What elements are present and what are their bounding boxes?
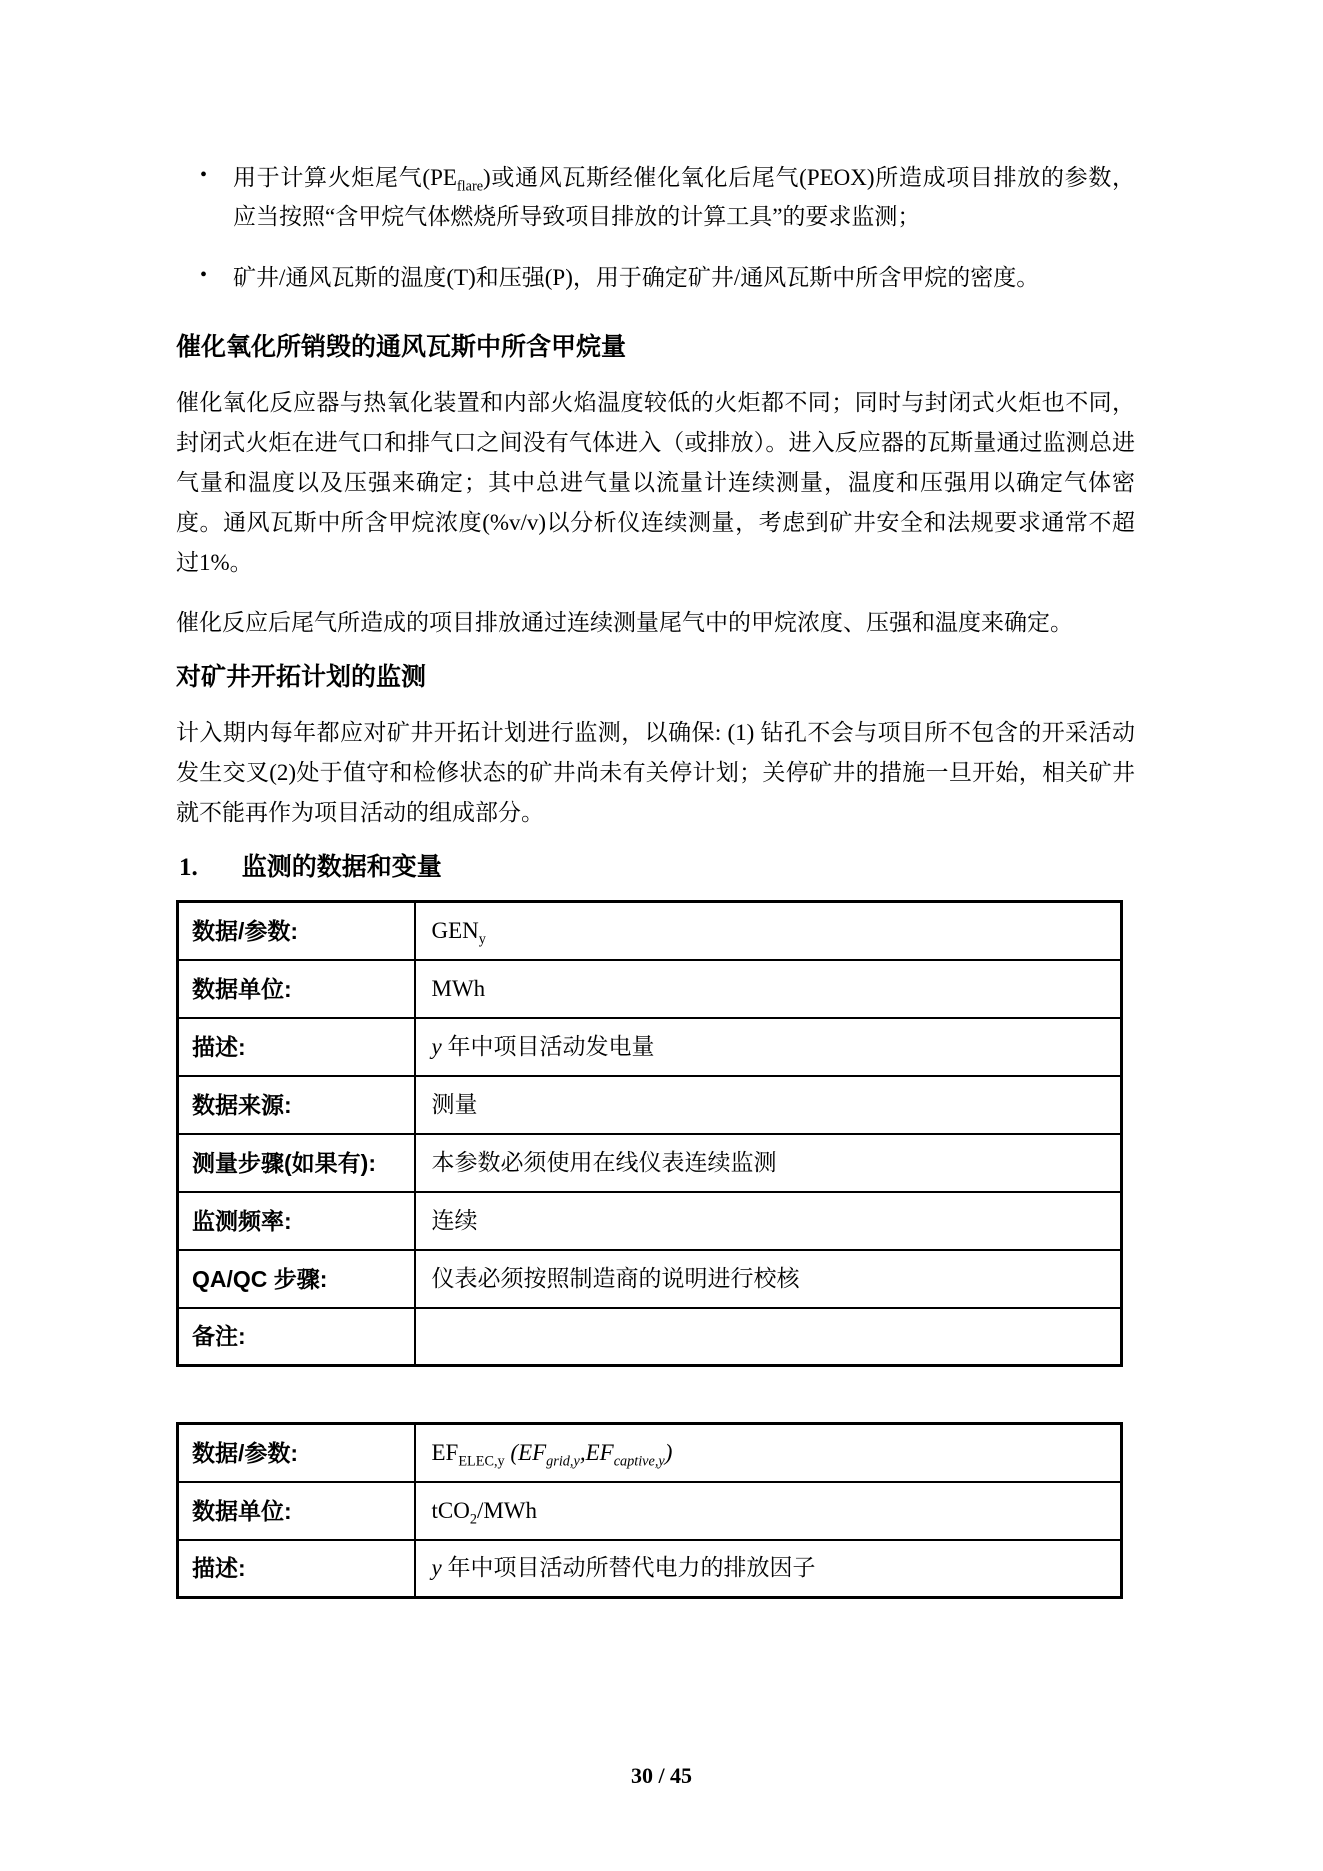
param-label-cell: 监测频率: [178, 1192, 415, 1250]
list-item: • 用于计算火炬尾气(PEflare)或通风瓦斯经催化氧化后尾气(PEOX)所造… [176, 158, 1135, 236]
table-row: QA/QC 步骤:仪表必须按照制造商的说明进行校核 [178, 1250, 1122, 1308]
table-row: 数据/参数:GENy [178, 902, 1122, 960]
bullet-list: • 用于计算火炬尾气(PEflare)或通风瓦斯经催化氧化后尾气(PEOX)所造… [176, 158, 1135, 297]
table-row: 数据来源:测量 [178, 1076, 1122, 1134]
page-content: • 用于计算火炬尾气(PEflare)或通风瓦斯经催化氧化后尾气(PEOX)所造… [176, 0, 1135, 1599]
param-label-cell: 备注: [178, 1308, 415, 1366]
param-value-cell: 测量 [415, 1076, 1122, 1134]
param-label-cell: 描述: [178, 1018, 415, 1076]
table-row: 监测频率:连续 [178, 1192, 1122, 1250]
document-page: • 用于计算火炬尾气(PEflare)或通风瓦斯经催化氧化后尾气(PEOX)所造… [0, 0, 1323, 1871]
param-value-cell: 连续 [415, 1192, 1122, 1250]
monitoring-parameter-table-1: 数据/参数:GENy数据单位:MWh描述:y 年中项目活动发电量数据来源:测量测… [176, 900, 1123, 1367]
param-label-cell: 数据/参数: [178, 902, 415, 960]
page-number: 30 / 45 [0, 1763, 1323, 1789]
param-value-cell: 仪表必须按照制造商的说明进行校核 [415, 1250, 1122, 1308]
param-value-cell: y 年中项目活动发电量 [415, 1018, 1122, 1076]
section-title: 监测的数据和变量 [242, 853, 442, 881]
table-row: 描述:y 年中项目活动发电量 [178, 1018, 1122, 1076]
section-heading-catalytic-oxidation: 催化氧化所销毁的通风瓦斯中所含甲烷量 [176, 327, 1135, 367]
param-label-cell: 数据单位: [178, 960, 415, 1018]
param-value-cell: y 年中项目活动所替代电力的排放因子 [415, 1540, 1122, 1598]
numbered-section-heading: 1.监测的数据和变量 [176, 847, 1135, 888]
param-label-cell: 数据单位: [178, 1482, 415, 1540]
table-row: 数据单位:tCO2/MWh [178, 1482, 1122, 1540]
paragraph: 催化反应后尾气所造成的项目排放通过连续测量尾气中的甲烷浓度、压强和温度来确定。 [176, 603, 1135, 643]
param-value-cell [415, 1308, 1122, 1366]
table-row: 数据/参数:EFELEC,y (EFgrid,y,EFcaptive,y) [178, 1424, 1122, 1482]
param-label-cell: 数据/参数: [178, 1424, 415, 1482]
param-value-cell: MWh [415, 960, 1122, 1018]
list-item-text: 用于计算火炬尾气(PEflare)或通风瓦斯经催化氧化后尾气(PEOX)所造成项… [233, 165, 1135, 229]
param-label-cell: 描述: [178, 1540, 415, 1598]
paragraph: 催化氧化反应器与热氧化装置和内部火焰温度较低的火炬都不同；同时与封闭式火炬也不同… [176, 383, 1135, 583]
table-row: 备注: [178, 1308, 1122, 1366]
monitoring-parameter-table-2: 数据/参数:EFELEC,y (EFgrid,y,EFcaptive,y)数据单… [176, 1422, 1123, 1599]
bullet-icon: • [200, 256, 207, 295]
param-label-cell: 测量步骤(如果有): [178, 1134, 415, 1192]
paragraph: 计入期内每年都应对矿井开拓计划进行监测，以确保: (1) 钻孔不会与项目所不包含… [176, 713, 1135, 833]
table-row: 描述:y 年中项目活动所替代电力的排放因子 [178, 1540, 1122, 1598]
list-item: • 矿井/通风瓦斯的温度(T)和压强(P)，用于确定矿井/通风瓦斯中所含甲烷的密… [176, 258, 1135, 297]
param-label-cell: 数据来源: [178, 1076, 415, 1134]
param-value-cell: 本参数必须使用在线仪表连续监测 [415, 1134, 1122, 1192]
table-row: 测量步骤(如果有):本参数必须使用在线仪表连续监测 [178, 1134, 1122, 1192]
list-item-text: 矿井/通风瓦斯的温度(T)和压强(P)，用于确定矿井/通风瓦斯中所含甲烷的密度。 [233, 265, 1039, 290]
param-label-cell: QA/QC 步骤: [178, 1250, 415, 1308]
bullet-icon: • [200, 156, 207, 195]
section-heading-mine-plan-monitoring: 对矿井开拓计划的监测 [176, 657, 1135, 697]
param-value-cell: tCO2/MWh [415, 1482, 1122, 1540]
param-value-cell: GENy [415, 902, 1122, 960]
param-value-cell: EFELEC,y (EFgrid,y,EFcaptive,y) [415, 1424, 1122, 1482]
section-number: 1. [179, 854, 198, 881]
table-row: 数据单位:MWh [178, 960, 1122, 1018]
